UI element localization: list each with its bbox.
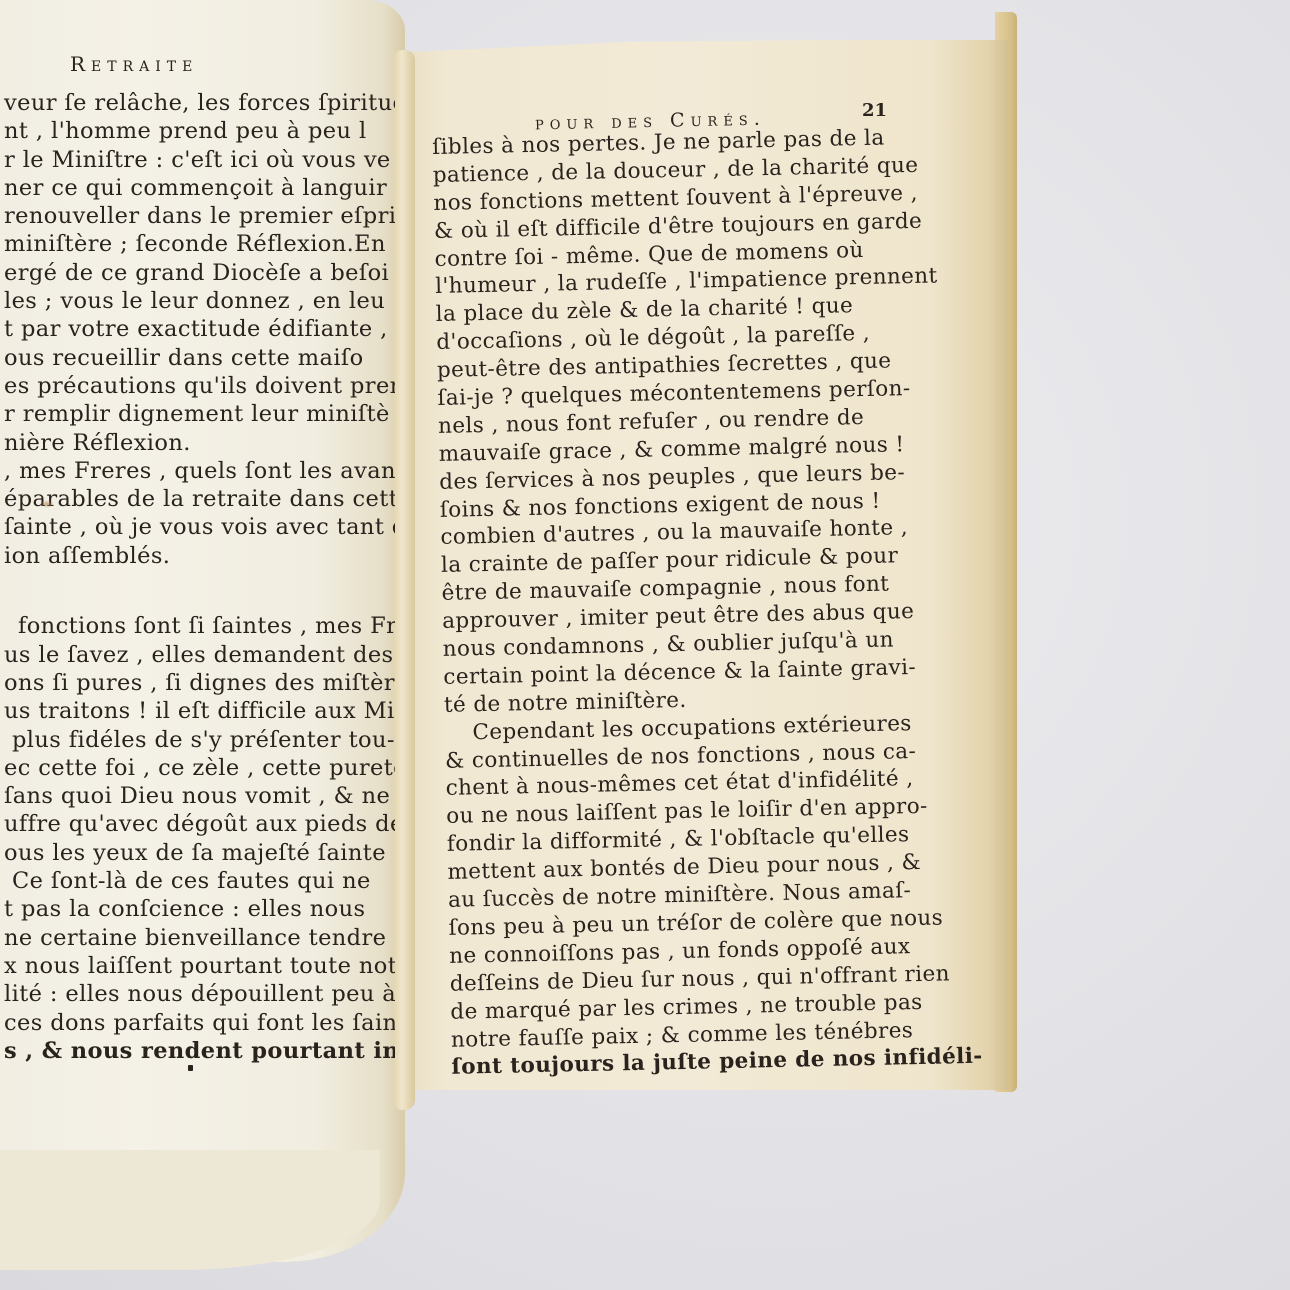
text-line: ec cette foi , ce zèle , cette pureté [0,754,395,782]
text-line: ſainte , où je vous vois avec tant de [0,513,395,541]
text-line: ons ſi pures , ſi dignes des miſtères [0,669,395,697]
text-line: plus fidéles de s'y préſenter tou- [0,726,395,754]
text-line: nière Réflexion. [0,429,395,457]
text-line: veur ſe relâche, les forces ſpirituel [0,89,395,117]
text-line: ne certaine bienveillance tendre de [0,924,395,952]
text-line: les ; vous le leur donnez , en leu [0,287,395,315]
blank-line [0,570,395,598]
text-line: ces dons parfaits qui font les ſaints [0,1009,395,1037]
text-line: ous les yeux de ſa majeſté ſainte & [0,839,395,867]
text-line: ion aſſemblés. [0,542,395,570]
text-line: ous recueillir dans cette maiſo [0,344,395,372]
text-line: ergé de ce grand Diocèſe a beſoi [0,259,395,287]
page-number: 21 [862,100,887,121]
text-line: nt , l'homme prend peu à peu l [0,117,395,145]
left-page-text: veur ſe relâche, les forces ſpirituel nt… [0,89,395,1065]
text-line: uffre qu'avec dégoût aux pieds des [0,810,395,838]
text-line: r le Miniſtre : c'eſt ici où vous ve [0,146,395,174]
text-line: lité : elles nous dépouillent peu à [0,980,395,1008]
text-line: us le ſavez , elles demandent des [0,641,395,669]
book-photo-scene: Retraite veur ſe relâche, les forces ſpi… [0,0,1290,1290]
left-running-head: Retraite [70,52,198,76]
paper-stain [40,500,54,508]
text-line: es précautions qu'ils doivent pren- [0,372,395,400]
text-line: us traitons ! il eſt difficile aux Miniſ… [0,697,395,725]
blank-line [0,598,395,612]
text-line: Ce ſont-là de ces fautes qui ne [0,867,395,895]
text-line: t par votre exactitude édifiante , [0,315,395,343]
text-line: t pas la conſcience : elles nous [0,895,395,923]
text-line: éparables de la retraite dans cette [0,485,395,513]
book-gutter [393,50,415,1110]
right-page-text: ſibles à nos pertes. Je ne parle pas de … [432,123,983,1082]
text-line: fonctions ſont ſi ſaintes , mes Fre- [0,612,395,640]
text-line: ſans quoi Dieu nous vomit , & ne [0,782,395,810]
text-line: renouveller dans le premier eſpri [0,202,395,230]
text-line: , mes Freres , quels ſont les avan- [0,457,395,485]
text-line: r remplir dignement leur miniſtè [0,400,395,428]
text-line: ner ce qui commençoit à languir [0,174,395,202]
text-line: x nous laiſſent pourtant toute notre [0,952,395,980]
text-line: miniſtère ; ſeconde Réflexion.En [0,230,395,258]
ink-dot [188,1065,193,1071]
text-line: s , & nous rendent pourtant inſen- [0,1037,395,1065]
